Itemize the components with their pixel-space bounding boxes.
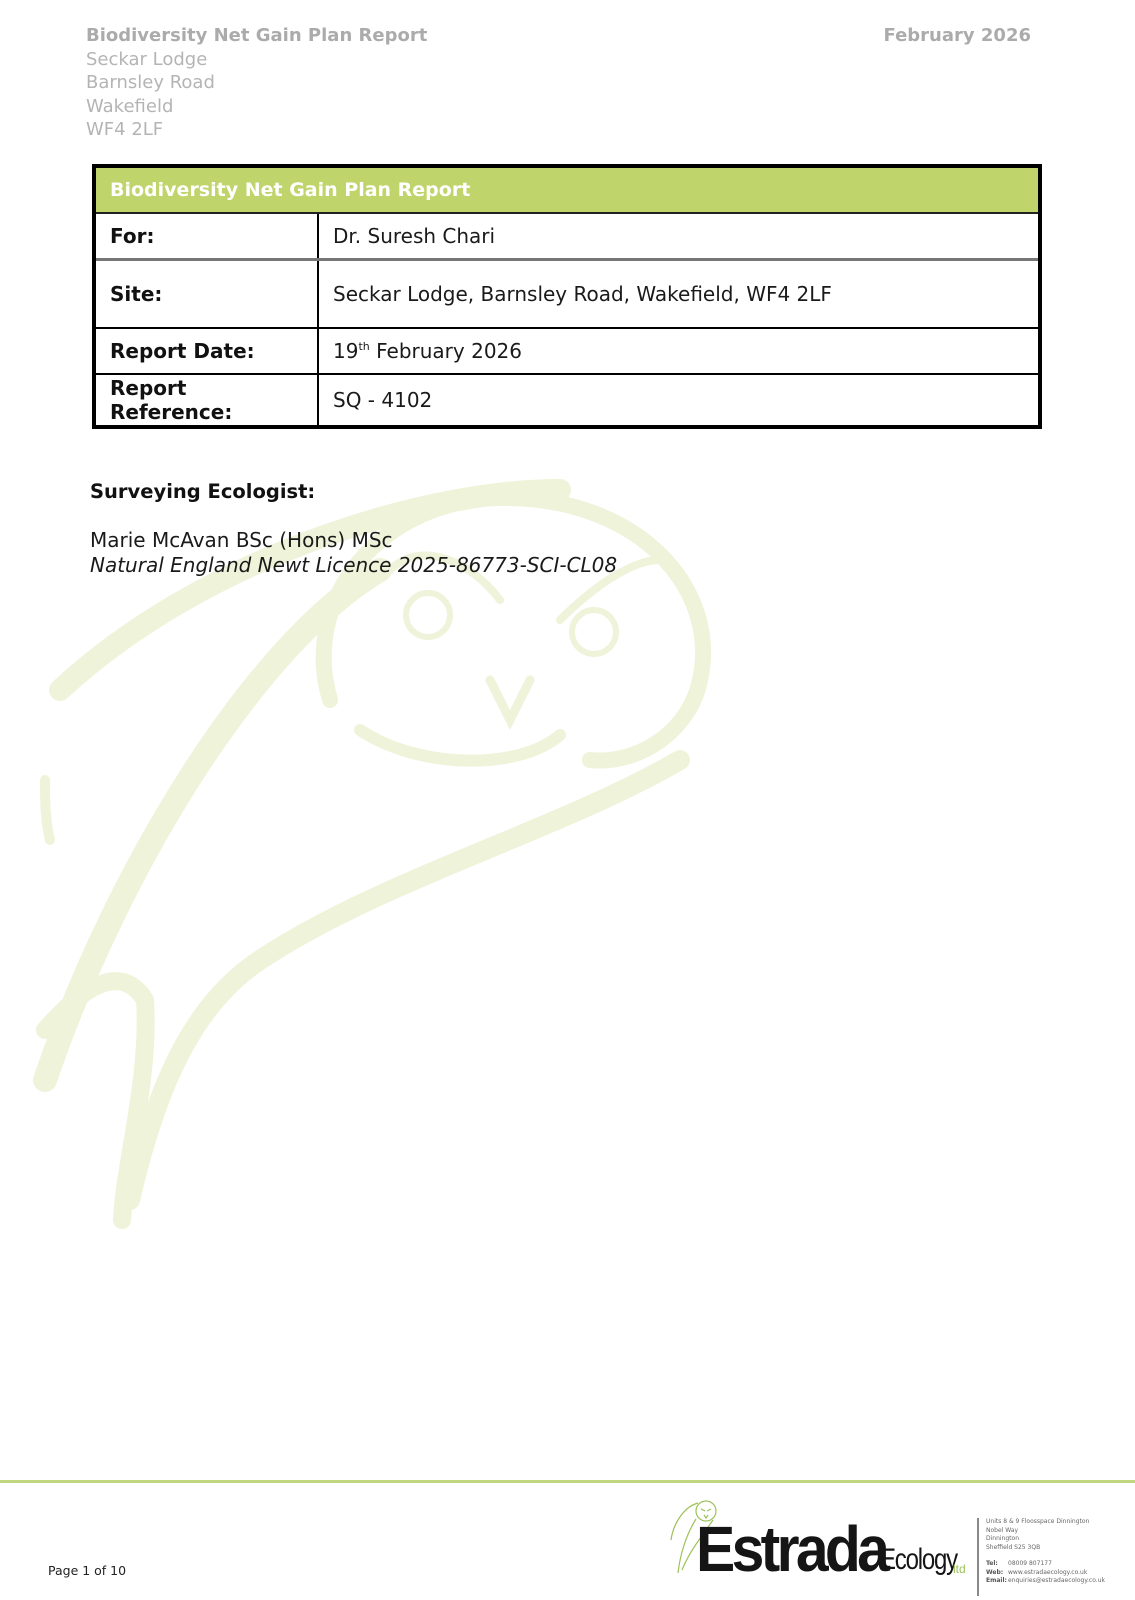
page-number: Page 1 of 10 — [48, 1563, 126, 1578]
tel-label: Tel: — [986, 1560, 1008, 1569]
table-row: Site: Seckar Lodge, Barnsley Road, Wakef… — [94, 260, 1040, 329]
address-line: Dinnington — [986, 1535, 1116, 1544]
report-summary-table: Biodiversity Net Gain Plan Report For: D… — [92, 164, 1042, 429]
header-title: Biodiversity Net Gain Plan Report — [86, 24, 427, 48]
footer-divider — [0, 1480, 1135, 1483]
tel-value: 08009 807177 — [1008, 1560, 1052, 1569]
logo-name-main: Estrada — [696, 1517, 886, 1581]
row-value-client: Dr. Suresh Chari — [318, 213, 1040, 260]
table-heading: Biodiversity Net Gain Plan Report — [94, 166, 1040, 213]
row-label-for: For: — [94, 213, 318, 260]
contact-tel: Tel:08009 807177 — [986, 1560, 1116, 1569]
email-value[interactable]: enquiries@estradaecology.co.uk — [1008, 1577, 1105, 1586]
web-label: Web: — [986, 1569, 1008, 1578]
date-ordinal: th — [358, 340, 369, 353]
contact-web: Web:www.estradaecology.co.uk — [986, 1569, 1116, 1578]
address-line: Units 8 & 9 Floosspace Dinnington — [986, 1518, 1116, 1527]
row-label-report-date: Report Date: — [94, 328, 318, 374]
email-label: Email: — [986, 1577, 1008, 1586]
table-heading-row: Biodiversity Net Gain Plan Report — [94, 166, 1040, 213]
date-rest: February 2026 — [370, 339, 522, 363]
table-row: ReportReference: SQ - 4102 — [94, 374, 1040, 427]
logo-name-secondary: Ecology — [880, 1545, 957, 1575]
header-date: February 2026 — [884, 24, 1031, 48]
header-address-line: WF4 2LF — [86, 118, 427, 142]
row-value-site: Seckar Lodge, Barnsley Road, Wakefield, … — [318, 260, 1040, 329]
contact-block: Units 8 & 9 Floosspace Dinnington Nobel … — [977, 1518, 1116, 1596]
row-value-report-date: 19th February 2026 — [318, 328, 1040, 374]
table-row: Report Date: 19th February 2026 — [94, 328, 1040, 374]
header-address-line: Wakefield — [86, 95, 427, 119]
row-label-site: Site: — [94, 260, 318, 329]
contact-address: Units 8 & 9 Floosspace Dinnington Nobel … — [986, 1518, 1116, 1552]
logo-suffix: ltd — [953, 1562, 966, 1576]
ecologist-heading: Surveying Ecologist: — [90, 480, 315, 503]
running-header: Biodiversity Net Gain Plan Report Seckar… — [86, 24, 427, 142]
date-day: 19 — [333, 339, 358, 363]
table-row: For: Dr. Suresh Chari — [94, 213, 1040, 260]
address-line: Sheffield S25 3QB — [986, 1544, 1116, 1553]
header-address-line: Barnsley Road — [86, 71, 427, 95]
header-address-line: Seckar Lodge — [86, 48, 427, 72]
web-value[interactable]: www.estradaecology.co.uk — [1008, 1569, 1087, 1578]
ecologist-name: Marie McAvan BSc (Hons) MSc — [90, 528, 393, 552]
company-logo: Estrada Ecology ltd — [668, 1495, 968, 1595]
label-line: Reference: — [110, 400, 303, 424]
contact-email: Email:enquiries@estradaecology.co.uk — [986, 1577, 1116, 1586]
row-label-report-reference: ReportReference: — [94, 374, 318, 427]
row-value-report-reference: SQ - 4102 — [318, 374, 1040, 427]
ecologist-licence: Natural England Newt Licence 2025-86773-… — [90, 553, 617, 577]
address-line: Nobel Way — [986, 1527, 1116, 1536]
label-line: Report — [110, 376, 303, 400]
